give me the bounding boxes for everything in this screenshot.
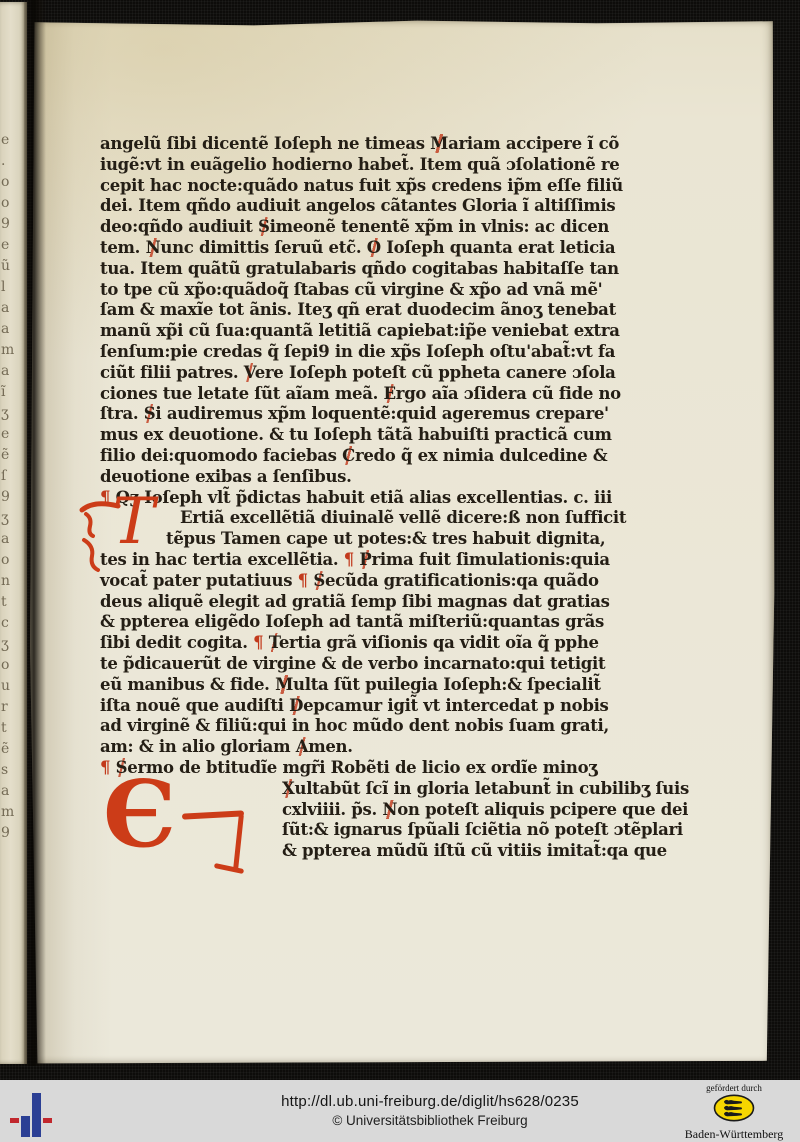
text-line: ad virginẽ & filiũ:qui in hoc mũdo dent … (100, 716, 718, 737)
text-line: manũ xp̃i cũ ſua:quantã letitiã capiebat… (100, 321, 718, 342)
footer-caption: http://dl.ub.uni-freiburg.de/diglit/hs62… (281, 1080, 579, 1128)
text-line: mus ex deuotione. & tu Ioſeph tãtã habui… (100, 425, 718, 446)
logo-bar-blue-tall (32, 1093, 41, 1137)
text-line: ſũt:& ignarus ſpũali ſciẽtia nõ poteſt ɔ… (100, 820, 718, 841)
funder-name: Baden-Württemberg (672, 1127, 796, 1142)
text-block: angelũ ſibi dicentẽ Ioſeph ne timeas Mar… (100, 134, 718, 862)
logo-bar-red-left (10, 1118, 19, 1123)
book-scan-background: e.oo9eũlaamaĩʒeẽſ9ʒaontcʒourtẽsam9 angel… (0, 0, 800, 1142)
text-line: tẽpus Tamen cape ut potes:& tres habuit … (100, 529, 718, 550)
facing-page-edge: e.oo9eũlaamaĩʒeẽſ9ʒaontcʒourtẽsam9 (0, 2, 27, 1064)
text-line: to tpe cũ xp̃o:quãdoq̃ ſtabas cũ virgine… (100, 280, 718, 301)
text-line: tua. Item quãtũ gratulabaris qñdo cogita… (100, 259, 718, 280)
copyright-line: © Universitätsbibliothek Freiburg (281, 1113, 579, 1128)
text-line: ſibi dedit cogita. ¶ Tertia grã viſionis… (100, 633, 718, 654)
funder-block: gefördert durch Baden-Württemberg (672, 1083, 796, 1142)
text-line: tem. Nunc dimittis ſeruũ etc̃. O Ioſeph … (100, 238, 718, 259)
source-url: http://dl.ub.uni-freiburg.de/diglit/hs62… (281, 1093, 579, 1110)
text-line: ciũt filii patres. Vere Ioſeph poteſt cũ… (100, 363, 718, 384)
text-line: Xultabũt ſcĩ in gloria letabunt̃ in cubi… (100, 779, 718, 800)
text-line: ſam & maxĩe tot ãnis. Iteʒ qñ erat duode… (100, 300, 718, 321)
text-line: angelũ ſibi dicentẽ Ioſeph ne timeas Mar… (100, 134, 718, 155)
text-line: tes in hac tertia excellẽtia. ¶ Prima fu… (100, 550, 718, 571)
initial-T: T (112, 492, 155, 552)
text-line: te p̃dicauerũt de virgine & de verbo inc… (100, 654, 718, 675)
text-line: cepit hac nocte:quãdo natus fuit xp̃s cr… (100, 176, 718, 197)
text-line: eũ manibus & fide. Multa ſũt puilegia Io… (100, 675, 718, 696)
logo-bar-blue-short (21, 1116, 30, 1137)
text-line: ciones tue letate ſũt aĩam meã. Ergo aĩa… (100, 384, 718, 405)
baden-wuerttemberg-coat-of-arms-icon (713, 1094, 755, 1122)
text-line: vocat̃ pater putatiuus ¶ Secũda gratific… (100, 571, 718, 592)
text-line: deuotione exibas a ſenſibus. (100, 467, 718, 488)
text-line: ſtra. Si audiremus xp̃m loquentẽ:quid ag… (100, 404, 718, 425)
text-line: Ertiã excellẽtiã diuinalẽ vellẽ dicere:ß… (100, 508, 718, 529)
text-line: filio dei:quomodo faciebas Credo q̃ ex n… (100, 446, 718, 467)
text-line: iugẽ:vt in euãgelio hodierno habet̃. Ite… (100, 155, 718, 176)
text-line: deo:qñdo audiuit Simeonẽ tenentẽ xp̃m in… (100, 217, 718, 238)
text-line: am: & in alio gloriam Amen. (100, 737, 718, 758)
logo-bar-red-right (43, 1118, 52, 1123)
text-line: ſenſum:pie credas q̃ ſepi9 in die xp̃s I… (100, 342, 718, 363)
text-line: & ppterea eligẽdo Ioſeph ad tantã miſter… (100, 612, 718, 633)
bleedthrough-text: e.oo9eũlaamaĩʒeẽſ9ʒaontcʒourtẽsam9 (1, 130, 17, 844)
text-line: ¶ Qʒ Ioſeph vlt̃ p̃dictas habuit etiã al… (100, 488, 718, 509)
viewer-footer: http://dl.ub.uni-freiburg.de/diglit/hs62… (0, 1080, 800, 1142)
text-line: deus aliquẽ elegit ad gratiã ſemp ſibi m… (100, 592, 718, 613)
ub-freiburg-logo (0, 1080, 120, 1142)
text-line: dei. Item qñdo audiuit angelos cãtantes … (100, 196, 718, 217)
funded-by-label: gefördert durch (672, 1083, 796, 1093)
text-line: & ppterea mũdũ iſtũ cũ vitiis imitat̃:qa… (100, 841, 718, 862)
text-line: iſta nouẽ que audiſti Depcamur igit̃ vt … (100, 696, 718, 717)
text-line: ¶ Sermo de btitudĩe mgr̃i Robẽti de lici… (100, 758, 718, 779)
initial-E: Є (103, 770, 176, 858)
